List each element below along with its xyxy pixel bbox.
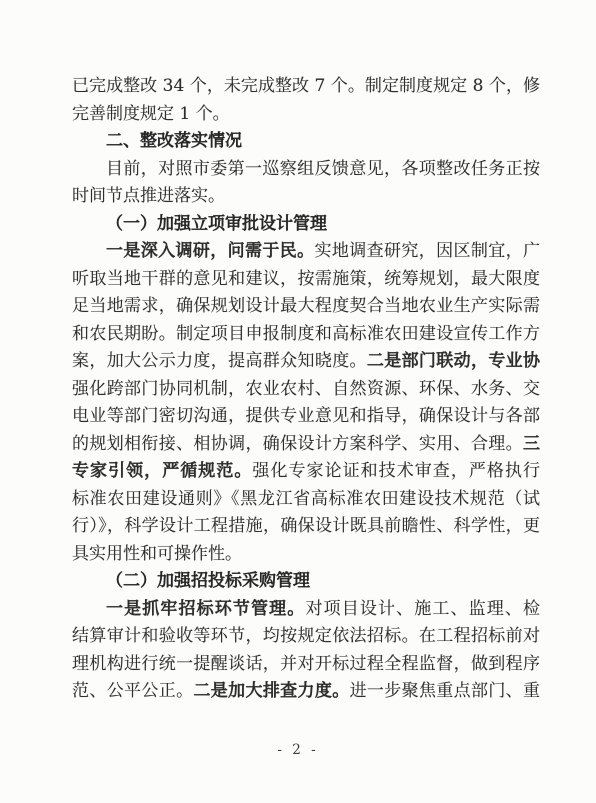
text-line: 的规划相衔接、相协调，确保设计方案科学、实用、合理。三是 xyxy=(72,431,540,459)
bold-text-run: （一）加强立项审批设计管理 xyxy=(106,214,327,234)
text-run: 具实用性和可操作性。 xyxy=(72,544,242,564)
text-run: 的规划相衔接、相协调，确保设计方案科学、实用、合理。 xyxy=(72,434,523,454)
text-line: 一是抓牢招标环节管理。对项目设计、施工、监理、检测、 xyxy=(72,596,540,624)
text-line: 和农民期盼。制定项目申报制度和高标准农田建设宣传工作方 xyxy=(72,321,540,349)
text-run: 和农民期盼。制定项目申报制度和高标准农田建设宣传工作方 xyxy=(72,324,540,344)
text-run: 目前，对照市委第一巡察组反馈意见，各项整改任务正按照 xyxy=(72,159,540,184)
document-page: 已完成整改 34 个，未完成整改 7 个。制定制度规定 8 个，修改完善制度规定… xyxy=(0,0,596,803)
bold-text-run: 专家引领，严循规范。 xyxy=(72,461,252,481)
bold-text-run: 一是抓牢招标环节管理。 xyxy=(106,599,305,619)
text-line: 专家引领，严循规范。强化专家论证和技术审查，严格执行《高 xyxy=(72,458,540,486)
text-line: 已完成整改 34 个，未完成整改 7 个。制定制度规定 8 个，修改 xyxy=(72,73,540,101)
page-number: - 2 - xyxy=(0,742,596,758)
text-line: 足当地需求，确保规划设计最大程度契合当地农业生产实际需求 xyxy=(72,293,540,321)
text-line: 具实用性和可操作性。 xyxy=(72,541,540,569)
text-line: 完善制度规定 1 个。 xyxy=(72,101,540,129)
text-run: 听取当地干群的意见和建议，按需施策，统筹规划，最大限度满 xyxy=(72,269,540,294)
text-line: 目前，对照市委第一巡察组反馈意见，各项整改任务正按照 xyxy=(72,156,540,184)
text-line: 范、公平公正。二是加大排查力度。进一步聚焦重点部门、重点 xyxy=(72,678,540,706)
document-body: 已完成整改 34 个，未完成整改 7 个。制定制度规定 8 个，修改完善制度规定… xyxy=(72,73,540,706)
text-run: 时间节点推进落实。 xyxy=(72,186,225,206)
bold-text-run: 一是深入调研，问需于民。 xyxy=(106,241,315,261)
text-run: 理机构进行统一提醒谈话，并对开标过程全程监督，做到程序规 xyxy=(72,654,540,679)
text-run: 结算审计和验收等环节，均按规定依法招标。在工程招标前对代 xyxy=(72,626,540,651)
section-heading: （二）加强招投标采购管理 xyxy=(72,568,540,596)
text-line: 电业等部门密切沟通，提供专业意见和指导，确保设计与各部门 xyxy=(72,403,540,431)
text-run: 电业等部门密切沟通，提供专业意见和指导，确保设计与各部门 xyxy=(72,406,540,431)
text-line: 听取当地干群的意见和建议，按需施策，统筹规划，最大限度满 xyxy=(72,266,540,294)
bold-text-run: 二、整改落实情况 xyxy=(106,131,242,151)
text-run: 案，加大公示力度，提高群众知晓度。 xyxy=(72,351,367,371)
bold-text-run: 二是加大排查力度。 xyxy=(193,681,349,701)
text-run: 范、公平公正。 xyxy=(72,681,193,701)
text-line: 案，加大公示力度，提高群众知晓度。二是部门联动，专业协同。 xyxy=(72,348,540,376)
text-run: 足当地需求，确保规划设计最大程度契合当地农业生产实际需求 xyxy=(72,296,540,321)
text-run: 已完成整改 34 个，未完成整改 7 个。制定制度规定 8 个，修改 xyxy=(72,76,540,101)
text-line: 强化跨部门协同机制，农业农村、自然资源、环保、水务、交通、 xyxy=(72,376,540,404)
text-line: 时间节点推进落实。 xyxy=(72,183,540,211)
bold-text-run: （二）加强招投标采购管理 xyxy=(106,571,310,591)
text-run: 完善制度规定 1 个。 xyxy=(72,104,230,124)
text-line: 理机构进行统一提醒谈话，并对开标过程全程监督，做到程序规 xyxy=(72,651,540,679)
section-heading: （一）加强立项审批设计管理 xyxy=(72,211,540,239)
text-line: 标准农田建设通则》《黑龙江省高标准农田建设技术规范（试 xyxy=(72,486,540,514)
text-line: 一是深入调研，问需于民。实地调查研究，因区制宜，广泛 xyxy=(72,238,540,266)
text-run: 行）》，科学设计工程措施，确保设计既具前瞻性、科学性，更 xyxy=(72,516,540,536)
section-heading: 二、整改落实情况 xyxy=(72,128,540,156)
text-line: 行）》，科学设计工程措施，确保设计既具前瞻性、科学性，更 xyxy=(72,513,540,541)
text-run: 强化跨部门协同机制，农业农村、自然资源、环保、水务、交通、 xyxy=(72,379,540,404)
text-run: 标准农田建设通则》《黑龙江省高标准农田建设技术规范（试 xyxy=(72,489,540,509)
text-line: 结算审计和验收等环节，均按规定依法招标。在工程招标前对代 xyxy=(72,623,540,651)
